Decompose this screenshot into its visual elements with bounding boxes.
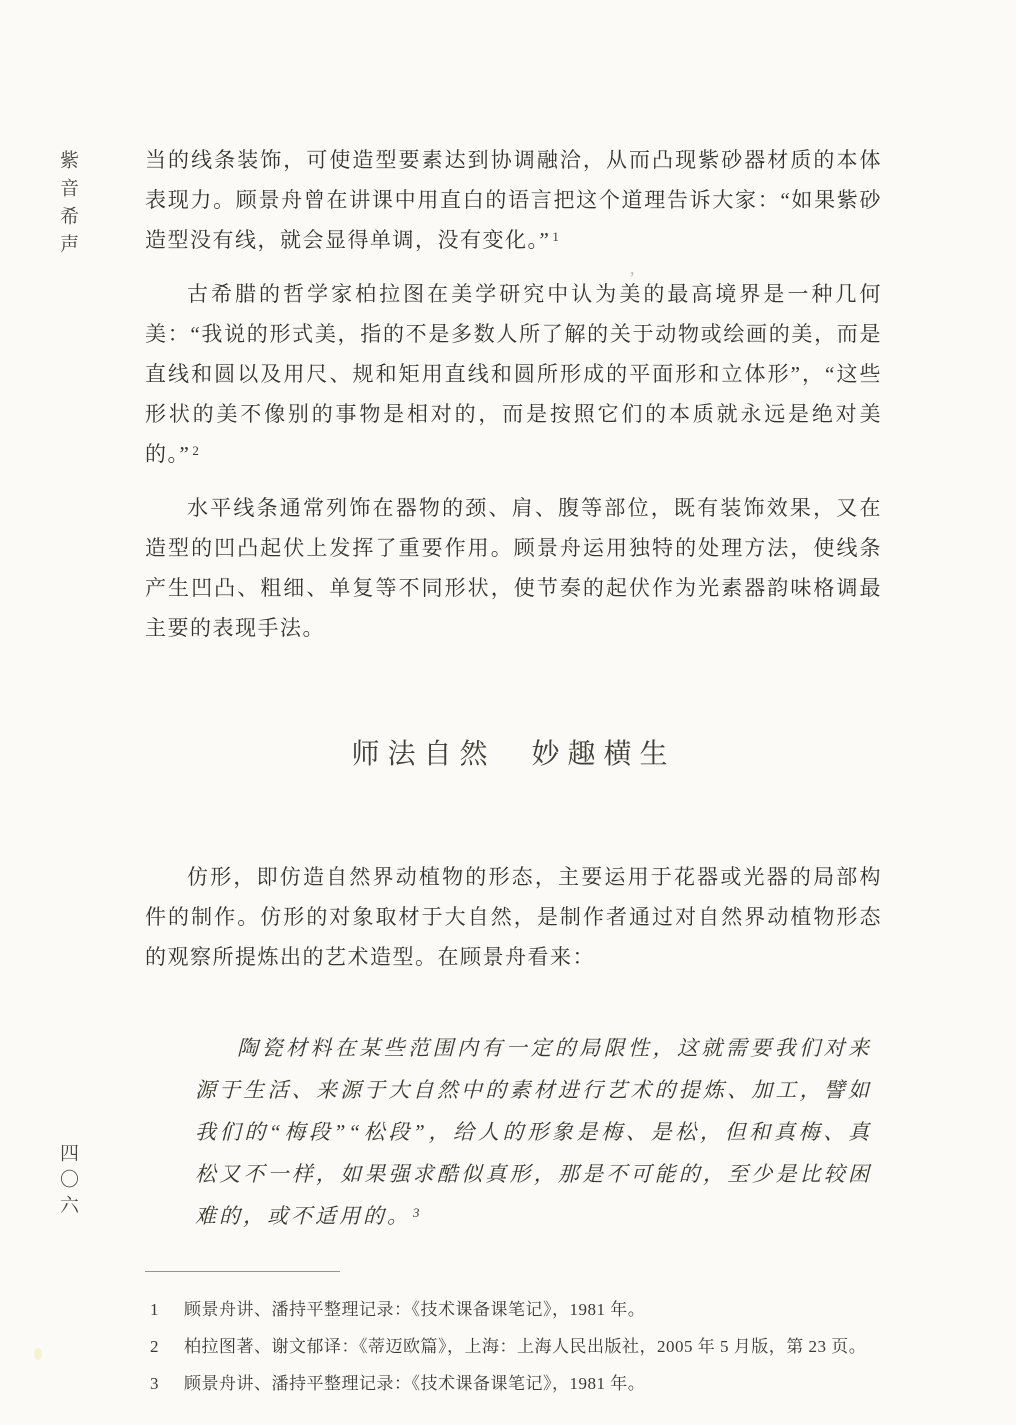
footnote-text: 顾景舟讲、潘持平整理记录：《技术课备课笔记》，1981 年。 [184,1291,882,1328]
paragraph-text: 古希腊的哲学家柏拉图在美学研究中认为美的最高境界是一种几何美：“我说的形式美，指… [145,282,882,466]
footnote-text: 顾景舟讲、潘持平整理记录：《技术课备课笔记》，1981 年。 [184,1365,882,1402]
quote-text-line: 陶瓷材料在某些范围内有一定的局限性，这就需要我们对来源于生活、来源于大自然中的素… [195,1027,872,1237]
footnote-row: 2 柏拉图著、谢文郁译：《蒂迈欧篇》，上海：上海人民出版社，2005 年 5 月… [150,1328,882,1365]
section-heading: 师法自然 妙趣横生 [145,733,882,777]
footnote-number: 2 [150,1328,184,1365]
footnote-divider [145,1271,340,1272]
footnote-number: 1 [150,1291,184,1328]
footnote-ref: 1 [550,229,559,244]
paragraph: 水平线条通常列饰在器物的颈、肩、腹等部位，既有装饰效果，又在造型的凹凸起伏上发挥… [145,488,882,648]
paragraph: 当的线条装饰，可使造型要素达到协调融洽，从而凸现紫砂器材质的本体表现力。顾景舟曾… [145,140,882,260]
paragraph: 仿形，即仿造自然界动植物的形态，主要运用于花器或光器的局部构件的制作。仿形的对象… [145,857,882,977]
main-text-column: 当的线条装饰，可使造型要素达到协调融洽，从而凸现紫砂器材质的本体表现力。顾景舟曾… [145,140,882,1402]
block-quote: 陶瓷材料在某些范围内有一定的局限性，这就需要我们对来源于生活、来源于大自然中的素… [195,1027,872,1237]
page-number-vertical: 四〇六 [54,1143,81,1221]
paragraph: 古希腊的哲学家柏拉图在美学研究中认为美的最高境界是一种几何美：“我说的形式美，指… [145,274,882,474]
footnote-text: 柏拉图著、谢文郁译：《蒂迈欧篇》，上海：上海人民出版社，2005 年 5 月版，… [184,1328,882,1365]
scan-speck: , [630,258,635,279]
book-page-scan: 紫音希声 四〇六 当的线条装饰，可使造型要素达到协调融洽，从而凸现紫砂器材质的本… [0,0,1016,1425]
paragraph-text: 水平线条通常列饰在器物的颈、肩、腹等部位，既有装饰效果，又在造型的凹凸起伏上发挥… [145,496,882,640]
scan-speck [34,1348,42,1360]
footnote-ref: 2 [190,443,199,458]
paragraph-text: 仿形，即仿造自然界动植物的形态，主要运用于花器或光器的局部构件的制作。仿形的对象… [145,865,882,969]
paragraph-text: 当的线条装饰，可使造型要素达到协调融洽，从而凸现紫砂器材质的本体表现力。顾景舟曾… [145,148,882,252]
running-head-vertical: 紫音希声 [54,150,81,262]
footnote-number: 3 [150,1365,184,1402]
footnote-row: 1 顾景舟讲、潘持平整理记录：《技术课备课笔记》，1981 年。 [150,1291,882,1328]
footnotes: 1 顾景舟讲、潘持平整理记录：《技术课备课笔记》，1981 年。 2 柏拉图著、… [145,1291,882,1402]
quote-text: 陶瓷材料在某些范围内有一定的局限性，这就需要我们对来源于生活、来源于大自然中的素… [195,1036,872,1228]
footnote-row: 3 顾景舟讲、潘持平整理记录：《技术课备课笔记》，1981 年。 [150,1365,882,1402]
footnote-ref: 3 [411,1205,420,1220]
